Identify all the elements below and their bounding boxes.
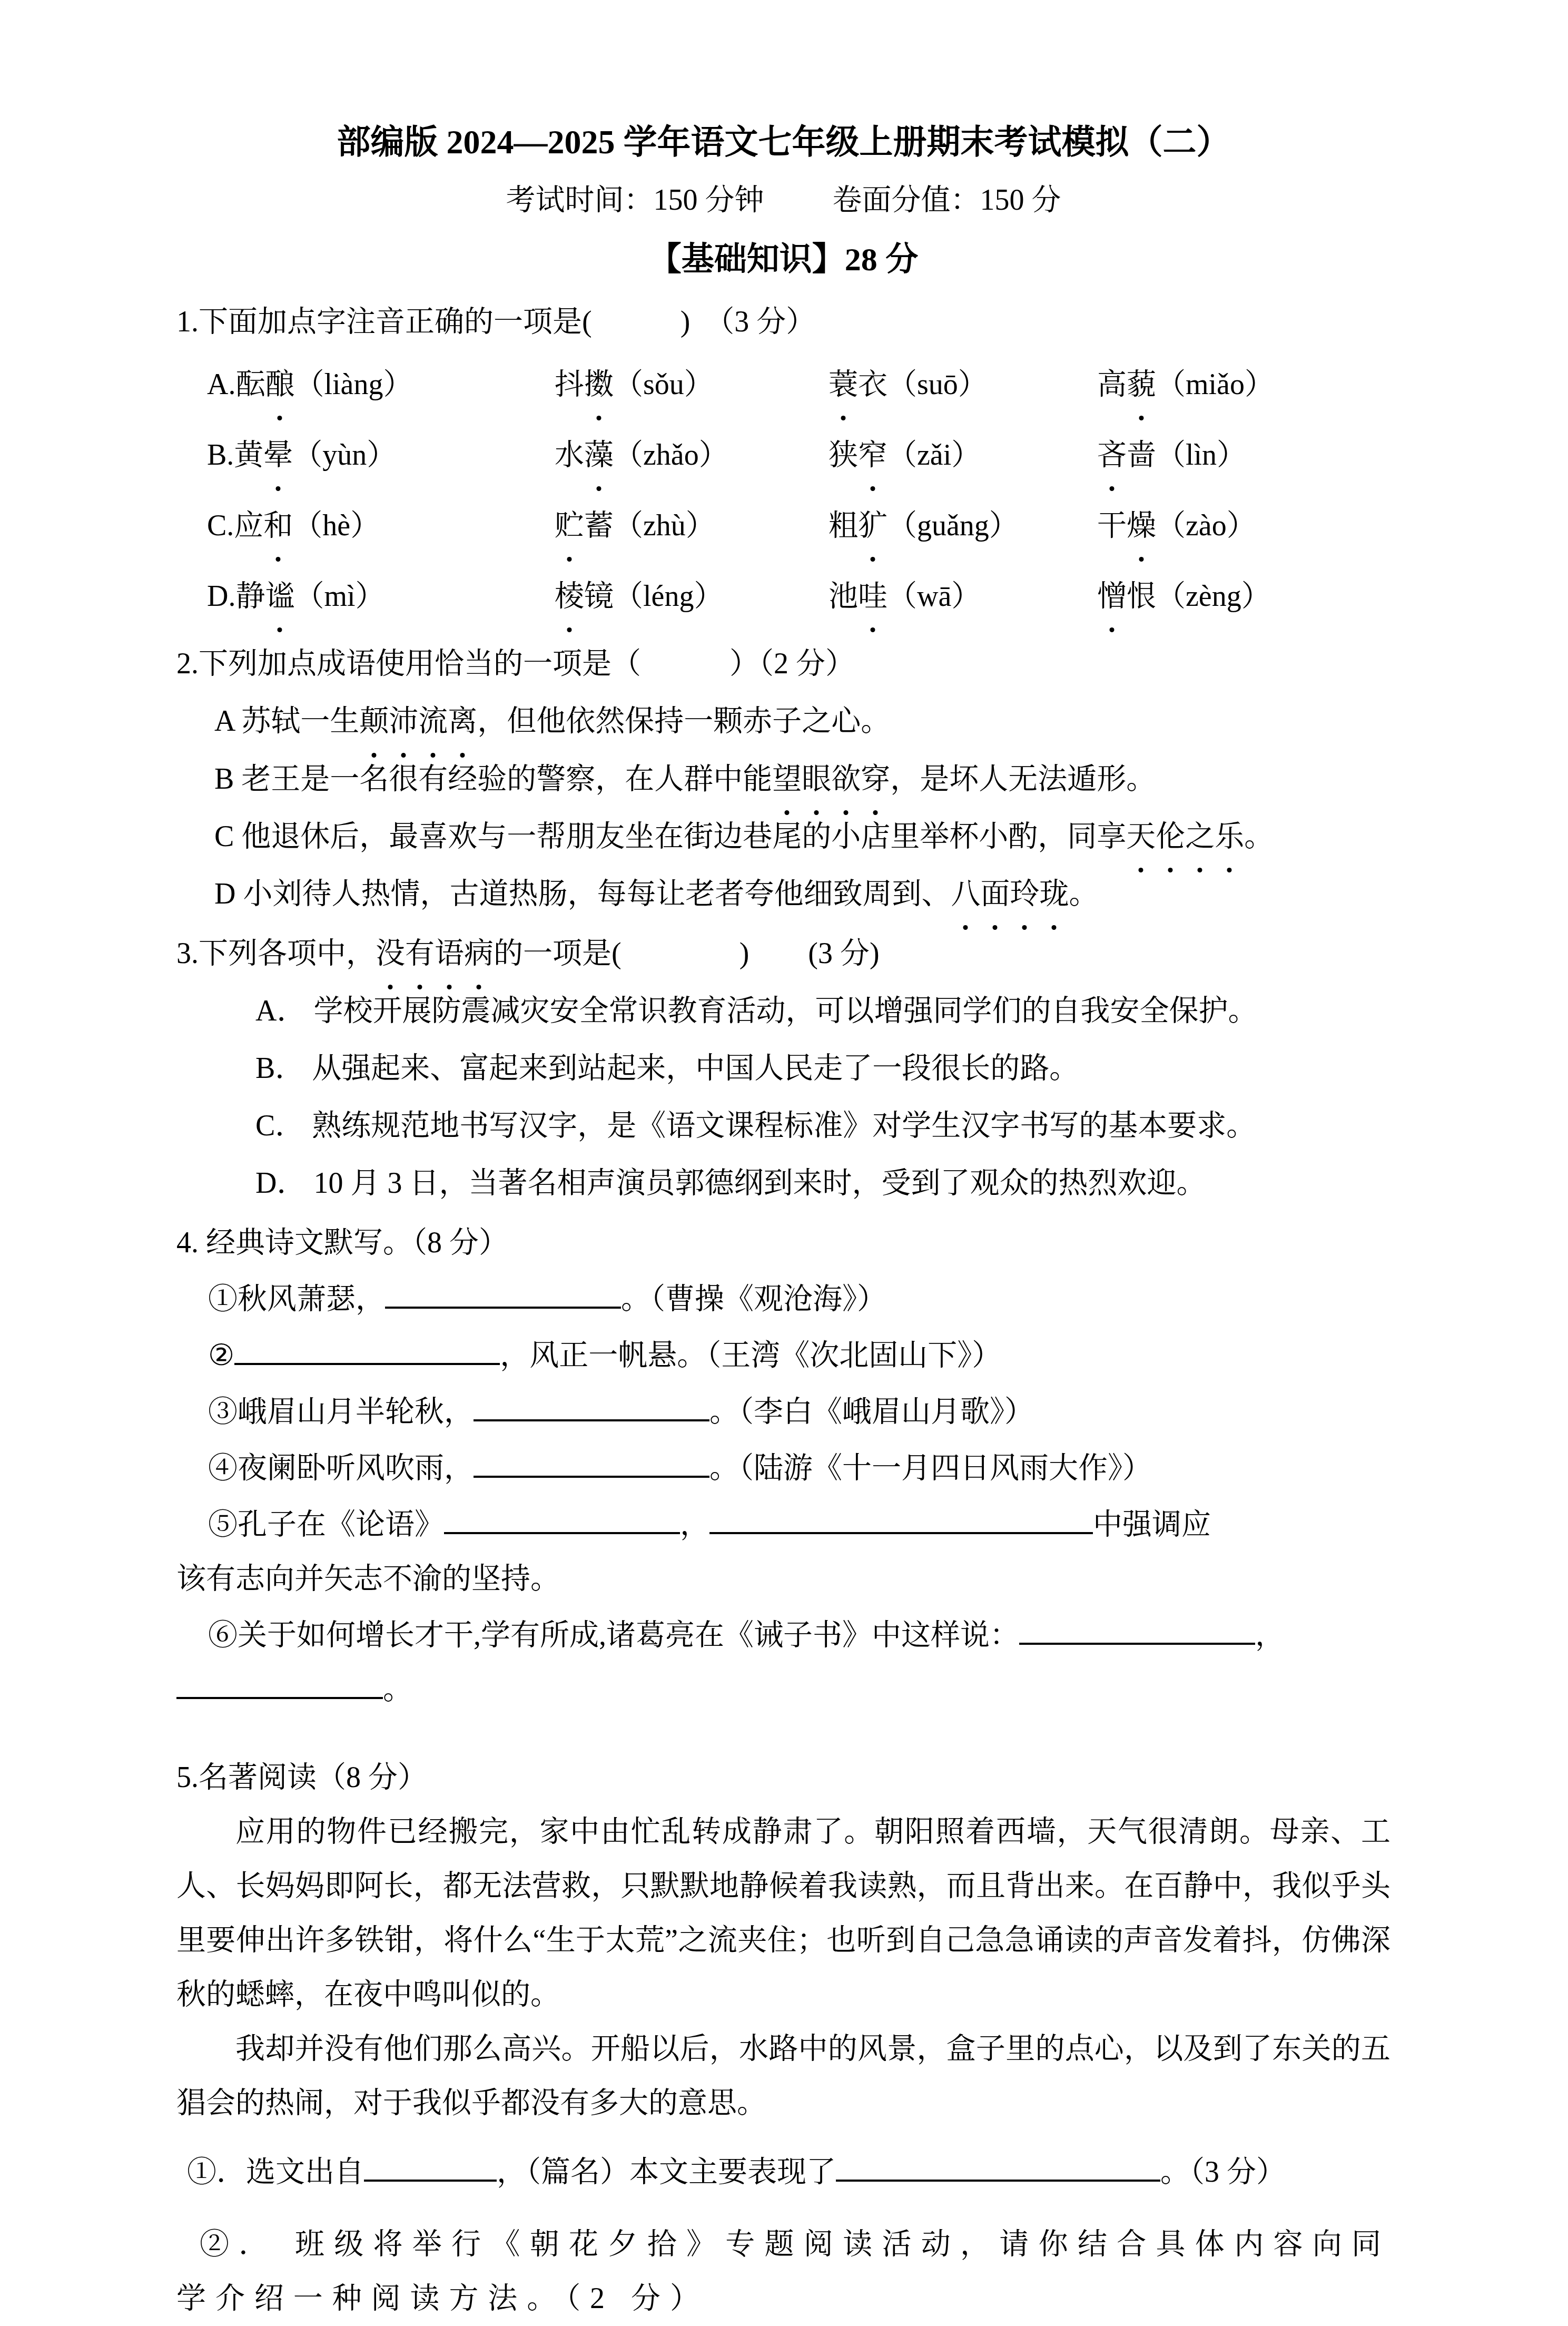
q3-option-a: A． 学校开展防震减灾安全常识教育活动，可以增强同学们的自我安全保护。 bbox=[176, 984, 1391, 1038]
q1-word-item: C.应和（hè） bbox=[207, 499, 555, 553]
q3-option-c: C． 熟练规范地书写汉字，是《语文课程标准》对学生汉字书写的基本要求。 bbox=[176, 1099, 1391, 1153]
emphasis-dotted-char: 棱 bbox=[555, 570, 584, 624]
q1-word-item: 干燥（zào） bbox=[1097, 499, 1391, 553]
question-4: 4. 经典诗文默写。（8 分） ①秋风萧瑟，。（曹操《观沧海》） ②，风正一帆悬… bbox=[176, 1216, 1391, 1717]
emphasis-dotted-char: 玲 bbox=[1010, 867, 1039, 921]
word-char: 干 bbox=[1097, 509, 1127, 542]
paper-score: 卷面分值：150 分 bbox=[833, 184, 1061, 217]
word-char: 镜 bbox=[584, 580, 614, 613]
emphasis-dotted-char: 天 bbox=[1126, 810, 1156, 864]
pinyin-annotation: （zhù） bbox=[614, 509, 715, 542]
exam-paper: 部编版 2024—2025 学年语文七年级上册期末考试模拟（二） 考试时间：15… bbox=[0, 0, 1568, 2218]
pinyin-annotation: （zǎi） bbox=[887, 439, 981, 472]
emphasis-dotted-char: 酿 bbox=[265, 358, 294, 412]
q4-item-3: ③峨眉山月半轮秋，。（李白《峨眉山月歌》） bbox=[176, 1385, 1391, 1439]
q4-item-5: ⑤孔子在《论语》，中强调应该有志向并矢志不渝的坚持。 bbox=[176, 1498, 1391, 1606]
fill-in-blank bbox=[444, 1506, 680, 1534]
emphasis-dotted-char: 病 bbox=[464, 927, 494, 981]
pinyin-annotation: （suō） bbox=[887, 368, 988, 401]
q1-word-item: B.黄晕（yùn） bbox=[207, 428, 555, 483]
pinyin-annotation: （lìn） bbox=[1156, 439, 1246, 472]
emphasis-dotted-char: 和 bbox=[263, 499, 293, 553]
pinyin-annotation: （mì） bbox=[294, 580, 384, 613]
question-1: 1.下面加点字注音正确的一项是( ) （3 分） A.酝酿（liàng）抖擞（s… bbox=[176, 295, 1391, 632]
q1-option-row-d: D.静谧（mì）棱镜（léng）池哇（wā）憎恨（zèng） bbox=[176, 561, 1391, 632]
q1-word-item: A.酝酿（liàng） bbox=[207, 358, 555, 412]
emphasis-dotted-char: 语 bbox=[435, 927, 464, 981]
q1-word-item: 抖擞（sǒu） bbox=[555, 358, 829, 412]
emphasis-dotted-char: 颠 bbox=[359, 694, 389, 749]
q1-word-item: 憎恨（zèng） bbox=[1097, 570, 1391, 624]
q2-stem: 2.下列加点成语使用恰当的一项是（ ）（2 分） bbox=[176, 637, 1391, 691]
q1-word-item: 水藻（zhǎo） bbox=[555, 428, 829, 483]
emphasis-dotted-char: 面 bbox=[980, 867, 1010, 921]
question-2: 2.下列加点成语使用恰当的一项是（ ）（2 分） A 苏轼一生颠沛流离，但他依然… bbox=[176, 637, 1391, 921]
q4-item-6: ⑥关于如何增长才干,学有所成,诸葛亮在《诫子书》中这样说：，。 bbox=[176, 1608, 1391, 1717]
fill-in-blank bbox=[364, 2154, 497, 2182]
fill-in-blank bbox=[709, 1506, 1093, 1534]
q4-item-2: ②，风正一帆悬。（王湾《次北固山下》） bbox=[176, 1329, 1391, 1383]
emphasis-dotted-char: 哇 bbox=[858, 570, 887, 624]
q3-option-b: B． 从强起来、富起来到站起来，中国人民走了一段很长的路。 bbox=[176, 1042, 1391, 1096]
emphasis-dotted-char: 眼 bbox=[802, 752, 831, 807]
pinyin-annotation: （guǎng） bbox=[887, 509, 1019, 542]
pinyin-annotation: （hè） bbox=[293, 509, 380, 542]
exam-meta: 考试时间：150 分钟卷面分值：150 分 bbox=[176, 173, 1391, 228]
emphasis-dotted-char: 八 bbox=[951, 867, 980, 921]
emphasis-dotted-char: 穿 bbox=[861, 752, 890, 807]
emphasis-dotted-char: 擞 bbox=[584, 358, 614, 412]
word-char: 池 bbox=[829, 580, 858, 613]
exam-time: 考试时间：150 分钟 bbox=[506, 184, 764, 217]
emphasis-dotted-char: 离 bbox=[448, 694, 477, 749]
pinyin-annotation: （zèng） bbox=[1156, 580, 1271, 613]
emphasis-dotted-char: 晕 bbox=[263, 428, 293, 483]
word-char: 黄 bbox=[234, 439, 263, 472]
q1-word-item: 蓑衣（suō） bbox=[829, 358, 1097, 412]
q1-word-item: 贮蓄（zhù） bbox=[555, 499, 829, 553]
q5-header: 5.名著阅读（8 分） bbox=[176, 1751, 1391, 1805]
word-char: 蓄 bbox=[584, 509, 614, 542]
pinyin-annotation: （yùn） bbox=[293, 439, 396, 472]
pinyin-annotation: （sǒu） bbox=[614, 368, 714, 401]
emphasis-dotted-char: 珑 bbox=[1039, 867, 1069, 921]
emphasis-dotted-char: 贮 bbox=[555, 499, 584, 553]
q1-options: A.酝酿（liàng）抖擞（sǒu）蓑衣（suō）高藐（miǎo）B.黄晕（yù… bbox=[176, 349, 1391, 632]
q1-option-row-a: A.酝酿（liàng）抖擞（sǒu）蓑衣（suō）高藐（miǎo） bbox=[176, 349, 1391, 420]
word-char: 静 bbox=[235, 580, 265, 613]
q1-option-row-b: B.黄晕（yùn）水藻（zhǎo）狭窄（zǎi）吝啬（lìn） bbox=[176, 420, 1391, 490]
emphasis-dotted-char: 乐 bbox=[1215, 810, 1244, 864]
emphasis-dotted-char: 燥 bbox=[1127, 499, 1156, 553]
pinyin-annotation: （wā） bbox=[887, 580, 981, 613]
emphasis-dotted-char: 望 bbox=[772, 752, 802, 807]
q5-sub-question-2: ②． 班级将举行《朝花夕拾》专题阅读活动，请你结合具体内容向同学介绍一种阅读方法… bbox=[176, 2217, 1391, 2326]
pinyin-annotation: （zào） bbox=[1156, 509, 1256, 542]
word-char: 水 bbox=[555, 439, 584, 472]
pinyin-annotation: （liàng） bbox=[294, 368, 412, 401]
emphasis-dotted-char: 欲 bbox=[831, 752, 861, 807]
q1-word-item: 高藐（miǎo） bbox=[1097, 358, 1391, 412]
fill-in-blank bbox=[176, 1671, 383, 1699]
section-header-basics: 【基础知识】28 分 bbox=[176, 237, 1391, 283]
word-char: 狭 bbox=[829, 439, 858, 472]
emphasis-dotted-char: 谧 bbox=[265, 570, 294, 624]
emphasis-dotted-char: 蓑 bbox=[829, 358, 858, 412]
page-title: 部编版 2024—2025 学年语文七年级上册期末考试模拟（二） bbox=[176, 119, 1391, 166]
emphasis-dotted-char: 憎 bbox=[1097, 570, 1127, 624]
word-char: 酝 bbox=[235, 368, 265, 401]
q2-option-a: A 苏轼一生颠沛流离，但他依然保持一颗赤子之心。 bbox=[176, 694, 1391, 749]
fill-in-blank bbox=[474, 1450, 709, 1478]
q2-option-b: B 老王是一名很有经验的警察，在人群中能望眼欲穿，是坏人无法遁形。 bbox=[176, 752, 1391, 807]
pinyin-annotation: （léng） bbox=[614, 580, 723, 613]
pinyin-annotation: （miǎo） bbox=[1156, 368, 1274, 401]
q1-word-item: 吝啬（lìn） bbox=[1097, 428, 1391, 483]
word-char: 啬 bbox=[1127, 439, 1156, 472]
fill-in-blank bbox=[1019, 1617, 1255, 1645]
emphasis-dotted-char: 窄 bbox=[858, 428, 887, 483]
word-char: 高 bbox=[1097, 368, 1127, 401]
question-5: 5.名著阅读（8 分） 应用的物件已经搬完，家中由忙乱转成静肃了。朝阳照着西墙，… bbox=[176, 1751, 1391, 2326]
q1-word-item: 狭窄（zǎi） bbox=[829, 428, 1097, 483]
q4-item-1: ①秋风萧瑟，。（曹操《观沧海》） bbox=[176, 1272, 1391, 1327]
emphasis-dotted-char: 藐 bbox=[1127, 358, 1156, 412]
question-3: 3.下列各项中，没有语病的一项是( ) (3 分) A． 学校开展防震减灾安全常… bbox=[176, 927, 1391, 1211]
q1-word-item: 池哇（wā） bbox=[829, 570, 1097, 624]
emphasis-dotted-char: 之 bbox=[1185, 810, 1215, 864]
fill-in-blank bbox=[836, 2154, 1160, 2182]
q5-passage-paragraph-2: 我却并没有他们那么高兴。开船以后，水路中的风景，盒子里的点心，以及到了东关的五猖… bbox=[176, 2022, 1391, 2131]
q4-item-4: ④夜阑卧听风吹雨，。（陆游《十一月四日风雨大作》） bbox=[176, 1441, 1391, 1496]
fill-in-blank bbox=[474, 1393, 709, 1421]
q5-sub-question-1: ①．选文出自，（篇名）本文主要表现了。（3 分） bbox=[176, 2145, 1391, 2200]
q1-word-item: 粗犷（guǎng） bbox=[829, 499, 1097, 553]
word-char: 应 bbox=[234, 509, 263, 542]
q2-option-c: C 他退休后，最喜欢与一帮朋友坐在街边巷尾的小店里举杯小酌，同享天伦之乐。 bbox=[176, 810, 1391, 864]
word-char: 衣 bbox=[858, 368, 887, 401]
q4-stem: 4. 经典诗文默写。（8 分） bbox=[176, 1216, 1391, 1270]
word-char: 恨 bbox=[1127, 580, 1156, 613]
fill-in-blank bbox=[234, 1337, 500, 1365]
emphasis-dotted-char: 流 bbox=[418, 694, 448, 749]
q3-option-d: D． 10 月 3 日，当著名相声演员郭德纲到来时，受到了观众的热烈欢迎。 bbox=[176, 1156, 1391, 1211]
q1-stem: 1.下面加点字注音正确的一项是( ) （3 分） bbox=[176, 295, 1391, 349]
emphasis-dotted-char: 沛 bbox=[389, 694, 418, 749]
q1-word-item: 棱镜（léng） bbox=[555, 570, 829, 624]
word-char: 粗 bbox=[829, 509, 858, 542]
emphasis-dotted-char: 伦 bbox=[1156, 810, 1185, 864]
q2-option-d: D 小刘待人热情，古道热肠，每每让老者夸他细致周到、八面玲珑。 bbox=[176, 867, 1391, 921]
emphasis-dotted-char: 吝 bbox=[1097, 428, 1127, 483]
pinyin-annotation: （zhǎo） bbox=[614, 439, 728, 472]
word-char: 抖 bbox=[555, 368, 584, 401]
q3-stem: 3.下列各项中，没有语病的一项是( ) (3 分) bbox=[176, 927, 1391, 981]
emphasis-dotted-char: 没 bbox=[376, 927, 405, 981]
emphasis-dotted-char: 有 bbox=[405, 927, 435, 981]
emphasis-dotted-char: 犷 bbox=[858, 499, 887, 553]
q1-word-item: D.静谧（mì） bbox=[207, 570, 555, 624]
q1-option-row-c: C.应和（hè）贮蓄（zhù）粗犷（guǎng）干燥（zào） bbox=[176, 490, 1391, 561]
q5-passage-paragraph-1: 应用的物件已经搬完，家中由忙乱转成静肃了。朝阳照着西墙，天气很清朗。母亲、工人、… bbox=[176, 1805, 1391, 2022]
emphasis-dotted-char: 藻 bbox=[584, 428, 614, 483]
fill-in-blank bbox=[385, 1281, 621, 1309]
